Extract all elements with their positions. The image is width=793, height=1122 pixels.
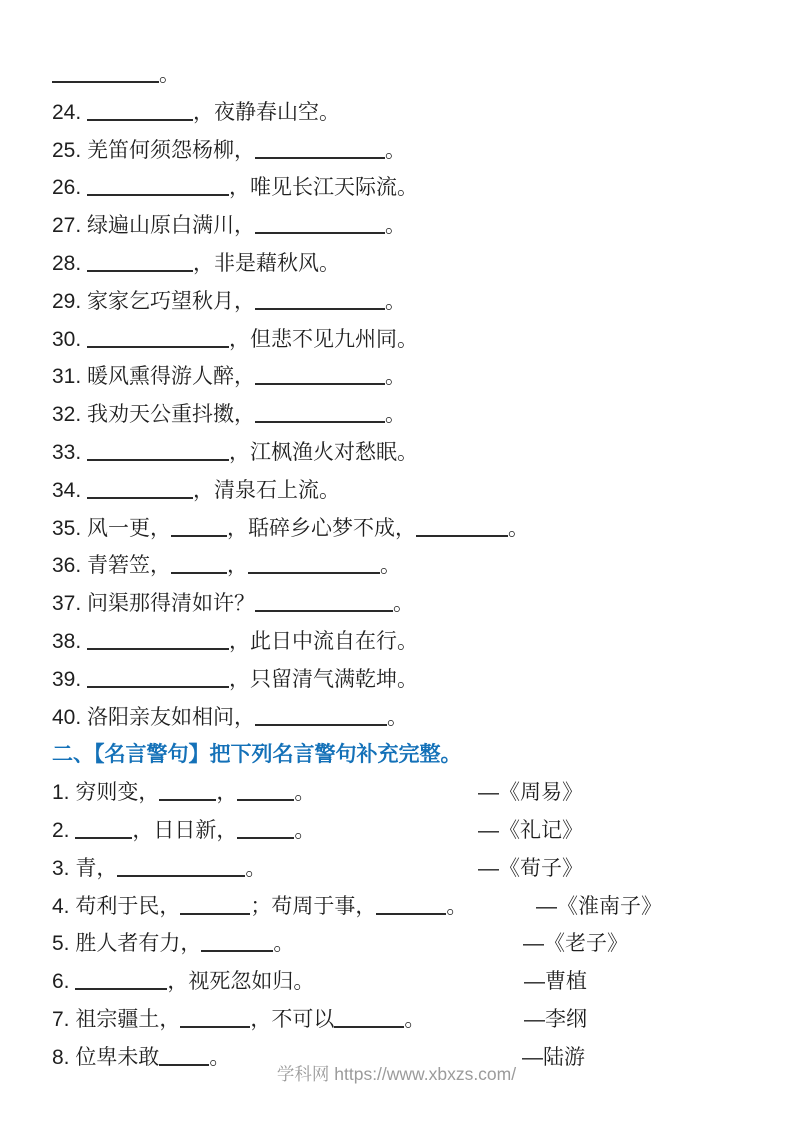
question-text: ，: [216, 781, 237, 804]
attribution-source: —《礼记》: [478, 812, 583, 850]
question-text: 34.: [52, 479, 87, 502]
question-text: ，: [227, 554, 248, 577]
saying-question-line: 2. ，日日新，。—《礼记》: [0, 812, 793, 850]
question-text: 39.: [52, 668, 87, 691]
question-text: 。: [385, 290, 406, 313]
blank-underline: [159, 780, 216, 801]
question-text: 26.: [52, 176, 87, 199]
question-text: 。: [294, 819, 315, 842]
question-text: ，此日中流自在行。: [229, 630, 418, 653]
question-text: ，夜静春山空。: [193, 101, 340, 124]
attribution-source: —《荀子》: [478, 850, 583, 888]
saying-question-line: 4. 苟利于民，；苟周于事，。—《淮南子》: [0, 888, 793, 926]
poetry-question-line: 27. 绿遍山原白满川，。: [0, 207, 793, 245]
poetry-question-line: 31. 暖风熏得游人醉，。: [0, 358, 793, 396]
question-text: 24.: [52, 101, 87, 124]
blank-underline: [237, 818, 294, 839]
question-text: ，日日新，: [132, 819, 237, 842]
poetry-question-line: 33. ，江枫渔火对愁眠。: [0, 434, 793, 472]
question-text: 4. 苟利于民，: [52, 895, 180, 918]
question-text: 。: [385, 139, 406, 162]
blank-underline: [180, 1007, 250, 1028]
question-text: 。: [393, 592, 414, 615]
question-text: 。: [294, 781, 315, 804]
blank-underline: [75, 818, 132, 839]
question-text: ，不可以: [250, 1008, 334, 1031]
blank-underline: [87, 440, 229, 461]
blank-underline: [255, 213, 385, 234]
question-text: 35. 风一更，: [52, 517, 171, 540]
poetry-question-line: 29. 家家乞巧望秋月，。: [0, 283, 793, 321]
poetry-question-line: 。: [0, 56, 793, 94]
question-text: 。: [385, 365, 406, 388]
blank-underline: [87, 251, 193, 272]
question-text: 40. 洛阳亲友如相问，: [52, 706, 255, 729]
attribution-source: —《周易》: [478, 774, 583, 812]
poetry-question-line: 28. ，非是藉秋风。: [0, 245, 793, 283]
poetry-question-line: 26. ，唯见长江天际流。: [0, 169, 793, 207]
poetry-question-line: 24. ，夜静春山空。: [0, 94, 793, 132]
poetry-question-line: 35. 风一更，，聒碎乡心梦不成，。: [0, 510, 793, 548]
blank-underline: [87, 478, 193, 499]
blank-underline: [237, 780, 294, 801]
blank-underline: [87, 629, 229, 650]
blank-underline: [87, 327, 229, 348]
poetry-question-line: 36. 青箬笠，，。: [0, 547, 793, 585]
question-text: 2.: [52, 819, 75, 842]
question-text: 32. 我劝天公重抖擞，: [52, 403, 255, 426]
poetry-question-line: 38. ，此日中流自在行。: [0, 623, 793, 661]
question-text: 29. 家家乞巧望秋月，: [52, 290, 255, 313]
poetry-question-line: 40. 洛阳亲友如相问，。: [0, 699, 793, 737]
question-text: ；苟周于事，: [250, 895, 376, 918]
question-text: 3. 青，: [52, 857, 117, 880]
blank-underline: [87, 667, 229, 688]
blank-underline: [87, 175, 229, 196]
question-text: 。: [385, 403, 406, 426]
question-text: ，唯见长江天际流。: [229, 176, 418, 199]
question-text: 。: [387, 706, 408, 729]
question-text: ，视死忽如归。: [167, 970, 314, 993]
attribution-source: —李纲: [524, 1001, 587, 1039]
blank-underline: [201, 931, 273, 952]
blank-underline: [255, 138, 385, 159]
poetry-question-line: 30. ，但悲不见九州同。: [0, 321, 793, 359]
question-text: 37. 问渠那得清如许？: [52, 592, 255, 615]
footer-watermark: 学科网 https://www.xbxzs.com/: [0, 1062, 793, 1086]
question-text: 36. 青箬笠，: [52, 554, 171, 577]
blank-underline: [255, 402, 385, 423]
question-text: ，但悲不见九州同。: [229, 328, 418, 351]
blank-underline: [75, 969, 167, 990]
blank-underline: [416, 516, 508, 537]
blank-underline: [52, 62, 159, 83]
section1-poetry-lines: 。24. ，夜静春山空。25. 羌笛何须怨杨柳，。26. ，唯见长江天际流。27…: [0, 56, 793, 736]
blank-underline: [255, 705, 387, 726]
question-text: 5. 胜人者有力，: [52, 932, 201, 955]
blank-underline: [180, 894, 250, 915]
poetry-question-line: 25. 羌笛何须怨杨柳，。: [0, 132, 793, 170]
question-text: 。: [404, 1008, 425, 1031]
saying-question-line: 5. 胜人者有力，。—《老子》: [0, 925, 793, 963]
question-text: 。: [385, 214, 406, 237]
question-text: 28.: [52, 252, 87, 275]
blank-underline: [255, 364, 385, 385]
question-text: ，只留清气满乾坤。: [229, 668, 418, 691]
question-text: 。: [508, 517, 529, 540]
question-text: 。: [380, 554, 401, 577]
worksheet-page: 。24. ，夜静春山空。25. 羌笛何须怨杨柳，。26. ，唯见长江天际流。27…: [0, 0, 793, 1122]
question-text: ，聒碎乡心梦不成，: [227, 517, 416, 540]
blank-underline: [334, 1007, 404, 1028]
question-text: 。: [273, 932, 294, 955]
question-text: 27. 绿遍山原白满川，: [52, 214, 255, 237]
saying-question-line: 1. 穷则变，，。—《周易》: [0, 774, 793, 812]
question-text: ，江枫渔火对愁眠。: [229, 441, 418, 464]
attribution-source: —曹植: [524, 963, 587, 1001]
blank-underline: [255, 591, 393, 612]
saying-question-line: 3. 青，。—《荀子》: [0, 850, 793, 888]
question-text: 6.: [52, 970, 75, 993]
blank-underline: [376, 894, 446, 915]
saying-question-line: 6. ，视死忽如归。—曹植: [0, 963, 793, 1001]
question-text: 25. 羌笛何须怨杨柳，: [52, 139, 255, 162]
saying-question-line: 7. 祖宗疆土，，不可以。—李纲: [0, 1001, 793, 1039]
blank-underline: [171, 553, 227, 574]
question-text: 31. 暖风熏得游人醉，: [52, 365, 255, 388]
question-text: 1. 穷则变，: [52, 781, 159, 804]
poetry-question-line: 34. ，清泉石上流。: [0, 472, 793, 510]
section2-heading: 二、【名言警句】把下列名言警句补充完整。: [0, 736, 793, 774]
blank-underline: [117, 856, 245, 877]
question-text: 。: [245, 857, 266, 880]
question-text: 7. 祖宗疆土，: [52, 1008, 180, 1031]
attribution-source: —《淮南子》: [536, 888, 662, 926]
blank-underline: [171, 516, 227, 537]
blank-underline: [255, 289, 385, 310]
question-text: ，清泉石上流。: [193, 479, 340, 502]
question-text: 。: [159, 63, 180, 86]
section2-famous-sayings: 1. 穷则变，，。—《周易》2. ，日日新，。—《礼记》3. 青，。—《荀子》4…: [0, 774, 793, 1076]
attribution-source: —《老子》: [523, 925, 628, 963]
blank-underline: [87, 100, 193, 121]
poetry-question-line: 39. ，只留清气满乾坤。: [0, 661, 793, 699]
question-text: 30.: [52, 328, 87, 351]
poetry-question-line: 32. 我劝天公重抖擞，。: [0, 396, 793, 434]
blank-underline: [248, 553, 380, 574]
question-text: 。: [446, 895, 467, 918]
question-text: 38.: [52, 630, 87, 653]
question-text: ，非是藉秋风。: [193, 252, 340, 275]
poetry-question-line: 37. 问渠那得清如许？。: [0, 585, 793, 623]
question-text: 33.: [52, 441, 87, 464]
